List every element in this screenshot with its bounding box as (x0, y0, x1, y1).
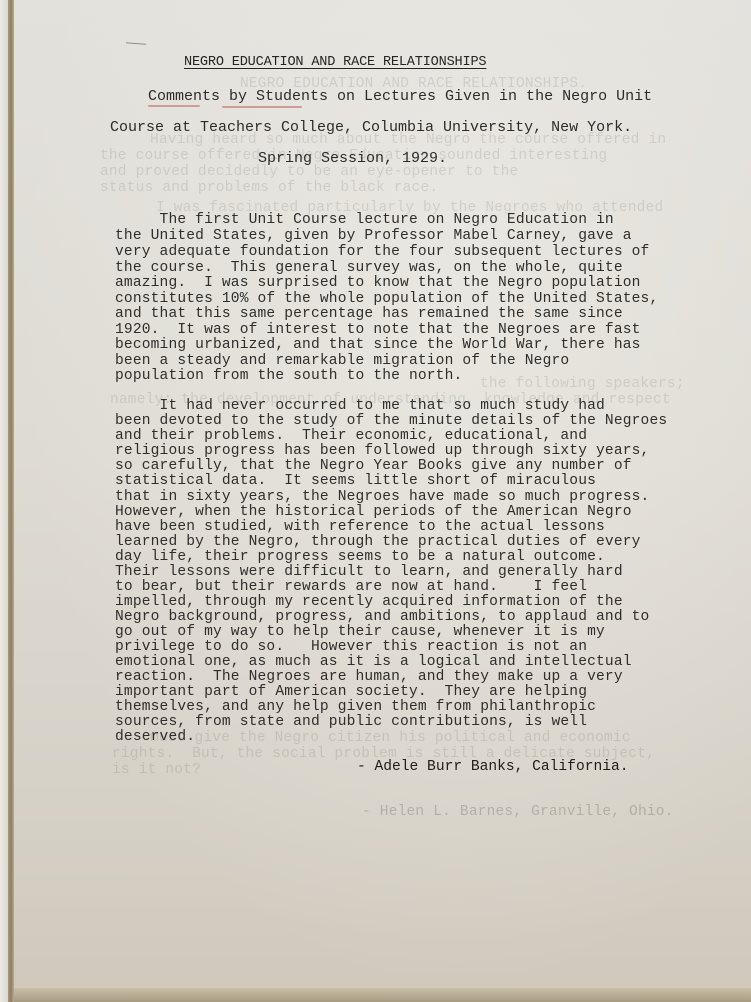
text-line: 1920. It was of interest to note that th… (115, 322, 641, 338)
text-line: and that this same percentage has remain… (115, 306, 623, 322)
text-line: Their lessons were difficult to learn, a… (115, 564, 623, 580)
bleed-through-signature: - Helen L. Barnes, Granville, Ohio. (362, 804, 674, 820)
subtitle-line-1: Comments by Students on Lectures Given i… (148, 88, 652, 105)
page-edge-strip (0, 0, 8, 1002)
red-pen-underline-students (222, 106, 302, 108)
text-line: to bear, but their rewards are now at ha… (115, 579, 587, 595)
author-signature: - Adele Burr Banks, California. (357, 759, 629, 775)
text-line: emotional one, as much as it is a logica… (115, 654, 632, 670)
text-line: Negro background, progress, and ambition… (115, 609, 649, 625)
text-line: deserved. (115, 729, 195, 745)
text-line: have been studied, with reference to the… (115, 519, 605, 535)
text-line: learned by the Negro, through the practi… (115, 534, 641, 550)
text-line: the course. This general survey was, on … (115, 260, 623, 276)
text-line: been devoted to the study of the minute … (115, 413, 667, 429)
text-line: and their problems. Their economic, educ… (115, 428, 587, 444)
session-line: Spring Session, 1929. (258, 150, 447, 167)
subtitle-line-2: Course at Teachers College, Columbia Uni… (110, 119, 632, 136)
red-pen-underline-comments (148, 105, 200, 107)
text-line: amazing. I was surprised to know that th… (115, 275, 641, 291)
text-line: the United States, given by Professor Ma… (115, 228, 632, 244)
text-line: so carefully, that the Negro Year Books … (115, 458, 632, 474)
text-line: go out of my way to help their cause, wh… (115, 624, 605, 640)
bleed-through-line: the following speakers; (480, 376, 685, 392)
text-line: themselves, and any help given them from… (115, 699, 596, 715)
text-line: reaction. The Negroes are human, and the… (115, 669, 623, 685)
text-line: sources, from state and public contribut… (115, 714, 587, 730)
bleed-through-line: status and problems of the black race. (100, 180, 438, 196)
document-title: NEGRO EDUCATION AND RACE RELATIONSHIPS (184, 55, 486, 70)
bleed-through-line: is it not? (112, 762, 201, 778)
text-line: It had never occurred to me that so much… (115, 398, 605, 414)
bleed-through-line: must give the Negro citizen his politica… (150, 730, 631, 746)
text-line: been a steady and remarkable migration o… (115, 353, 569, 369)
text-line: impelled, through my recently acquired i… (115, 594, 623, 610)
text-line: that in sixty years, the Negroes have ma… (115, 489, 649, 505)
text-line: religious progress has been followed up … (115, 443, 649, 459)
text-line: day life, their progress seems to be a n… (115, 549, 605, 565)
text-line: privilege to do so. However this reactio… (115, 639, 587, 655)
text-line: population from the south to the north. (115, 368, 462, 384)
page-bottom-edge (14, 988, 751, 1002)
text-line: becoming urbanized, and that since the W… (115, 337, 641, 353)
text-line: statistical data. It seems little short … (115, 473, 596, 489)
text-line: important part of American society. They… (115, 684, 587, 700)
text-line: However, when the historical periods of … (115, 504, 632, 520)
text-line: very adequate foundation for the four su… (115, 244, 649, 260)
text-line: The first Unit Course lecture on Negro E… (115, 212, 614, 228)
text-line: constitutes 10% of the whole population … (115, 291, 658, 307)
